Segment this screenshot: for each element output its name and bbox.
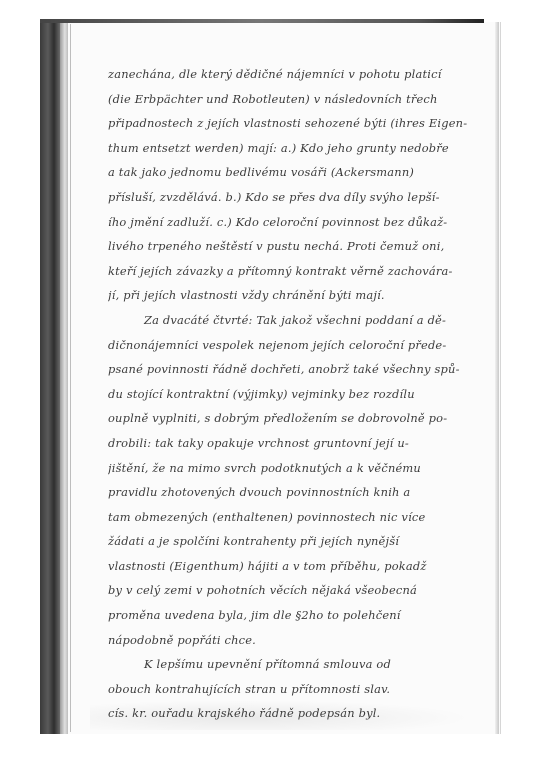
text-line: ího jmění zadluží. c.) Kdo celoroční pov… xyxy=(108,210,478,235)
text-line: nápodobně popřáti chce. xyxy=(108,628,478,653)
text-line: livého trpeného neštěstí v pustu nechá. … xyxy=(108,234,478,259)
text-line: jištění, že na mimo svrch podotknutých a… xyxy=(108,456,478,481)
text-line: tam obmezených (enthaltenen) povinnostec… xyxy=(108,505,478,530)
text-line: drobili: tak taky opakuje vrchnost grunt… xyxy=(108,431,478,456)
scanned-page-image: zanechána, dle který dědičné nájemníci v… xyxy=(0,0,541,768)
text-line: připadnostech z jejích vlastnosti sehoze… xyxy=(108,111,478,136)
page-right-edge xyxy=(495,22,499,734)
text-line: zanechána, dle který dědičné nájemníci v… xyxy=(108,62,478,87)
text-line: jí, při jejích vlastnosti vždy chránění … xyxy=(108,283,478,308)
text-line: přísluší, zvzdělává. b.) Kdo se přes dva… xyxy=(108,185,478,210)
text-line: a tak jako jednomu bedlivému vosáři (Ack… xyxy=(108,160,478,185)
text-line: dičnonájemníci vespolek nejenom jejích c… xyxy=(108,333,478,358)
text-line: thum entsetzt werden) mají: a.) Kdo jeho… xyxy=(108,136,478,161)
text-line: kteří jejích závazky a přítomný kontrakt… xyxy=(108,259,478,284)
text-line: (die Erbpächter und Robotleuten) v násle… xyxy=(108,87,478,112)
paragraph-start-line: Za dvacáté čtvrté: Tak jakož všechni pod… xyxy=(108,308,478,333)
text-line: ouplně vyplniti, s dobrým předložením se… xyxy=(108,406,478,431)
text-line: žádati a je spolčíni kontrahenty při jej… xyxy=(108,529,478,554)
paragraph-start-line: K lepšímu upevnění přítomná smlouva od xyxy=(108,652,478,677)
text-line: proměna uvedena byla, jim dle §2ho to po… xyxy=(108,603,478,628)
text-line: du stojící kontraktní (výjimky) vejminky… xyxy=(108,382,478,407)
text-line: pravidlu zhotovených dvouch povinnostníc… xyxy=(108,480,478,505)
page-margin-line xyxy=(70,24,71,732)
handwritten-text: zanechána, dle který dědičné nájemníci v… xyxy=(108,62,478,726)
text-line: by v celý zemi v pohotních věcích nějaká… xyxy=(108,578,478,603)
text-line: obouch kontrahujících stran u přítomnost… xyxy=(108,677,478,702)
text-line: vlastnosti (Eigenthum) hájiti a v tom př… xyxy=(108,554,478,579)
book-binding xyxy=(40,20,60,734)
page-top-edge xyxy=(40,19,484,23)
binding-page-edge xyxy=(60,20,68,734)
text-line: psané povinnosti řádně dochřeti, anobrž … xyxy=(108,357,478,382)
text-line: cís. kr. ouřadu krajského řádně podepsán… xyxy=(108,701,478,726)
